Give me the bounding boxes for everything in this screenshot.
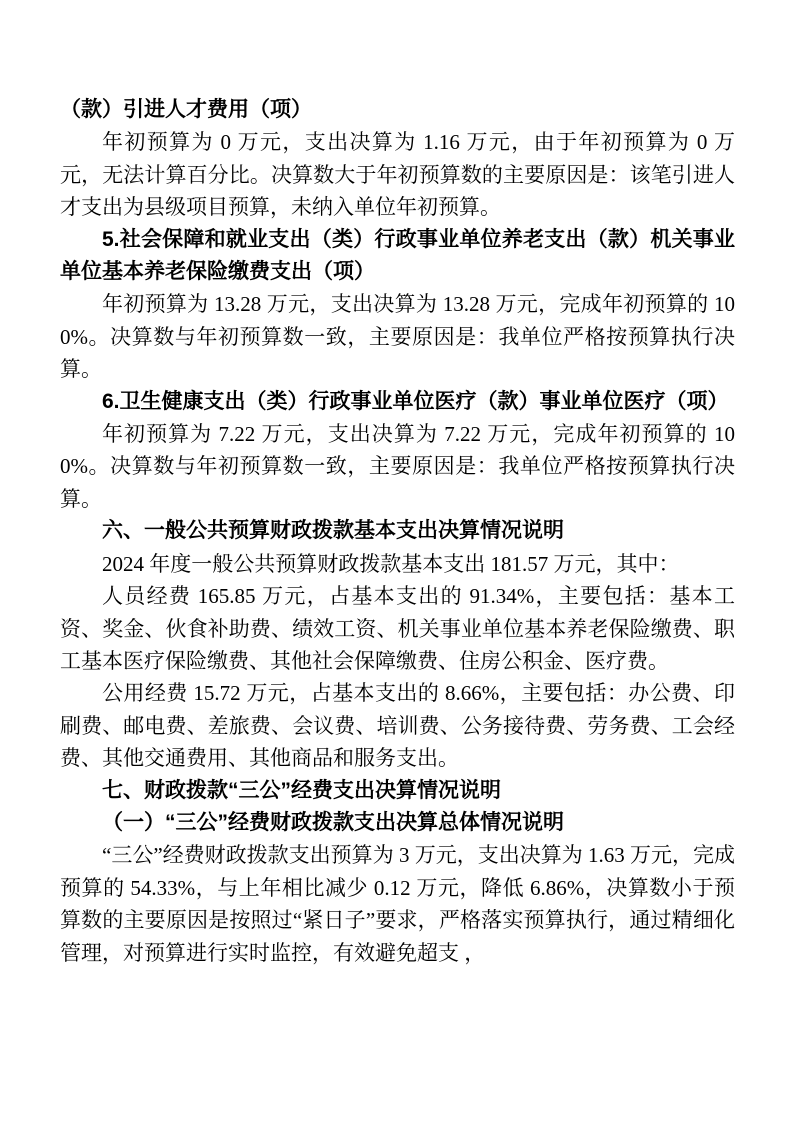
doc-paragraph: 人员经费 165.85 万元，占基本支出的 91.34%，主要包括：基本工资、奖… [60,580,735,677]
doc-heading-subsection-1: （一）“三公”经费财政拨款支出决算总体情况说明 [60,807,735,839]
doc-paragraph: 公用经费 15.72 万元，占基本支出的 8.66%，主要包括：办公费、印刷费、… [60,677,735,774]
doc-paragraph: 年初预算为 13.28 万元，支出决算为 13.28 万元，完成年初预算的 10… [60,288,735,385]
doc-heading-section-7: 七、财政拨款“三公”经费支出决算情况说明 [60,775,735,807]
doc-heading-section-6: 六、一般公共预算财政拨款基本支出决算情况说明 [60,515,735,547]
doc-heading-item-5: 5.社会保障和就业支出（类）行政事业单位养老支出（款）机关事业单位基本养老保险缴… [60,224,735,289]
document-page: （款）引进人才费用（项） 年初预算为 0 万元，支出决算为 1.16 万元，由于… [0,0,793,1122]
doc-heading-item-6: 6.卫生健康支出（类）行政事业单位医疗（款）事业单位医疗（项） [60,386,735,418]
doc-paragraph: “三公”经费财政拨款支出预算为 3 万元，支出决算为 1.63 万元，完成预算的… [60,839,735,969]
doc-paragraph: 2024 年度一般公共预算财政拨款基本支出 181.57 万元，其中： [60,548,735,580]
document-body: （款）引进人才费用（项） 年初预算为 0 万元，支出决算为 1.16 万元，由于… [60,94,735,969]
doc-heading-subentry-continuation: （款）引进人才费用（项） [60,94,735,126]
doc-paragraph: 年初预算为 0 万元，支出决算为 1.16 万元，由于年初预算为 0 万元，无法… [60,126,735,223]
doc-paragraph: 年初预算为 7.22 万元，支出决算为 7.22 万元，完成年初预算的 100%… [60,418,735,515]
